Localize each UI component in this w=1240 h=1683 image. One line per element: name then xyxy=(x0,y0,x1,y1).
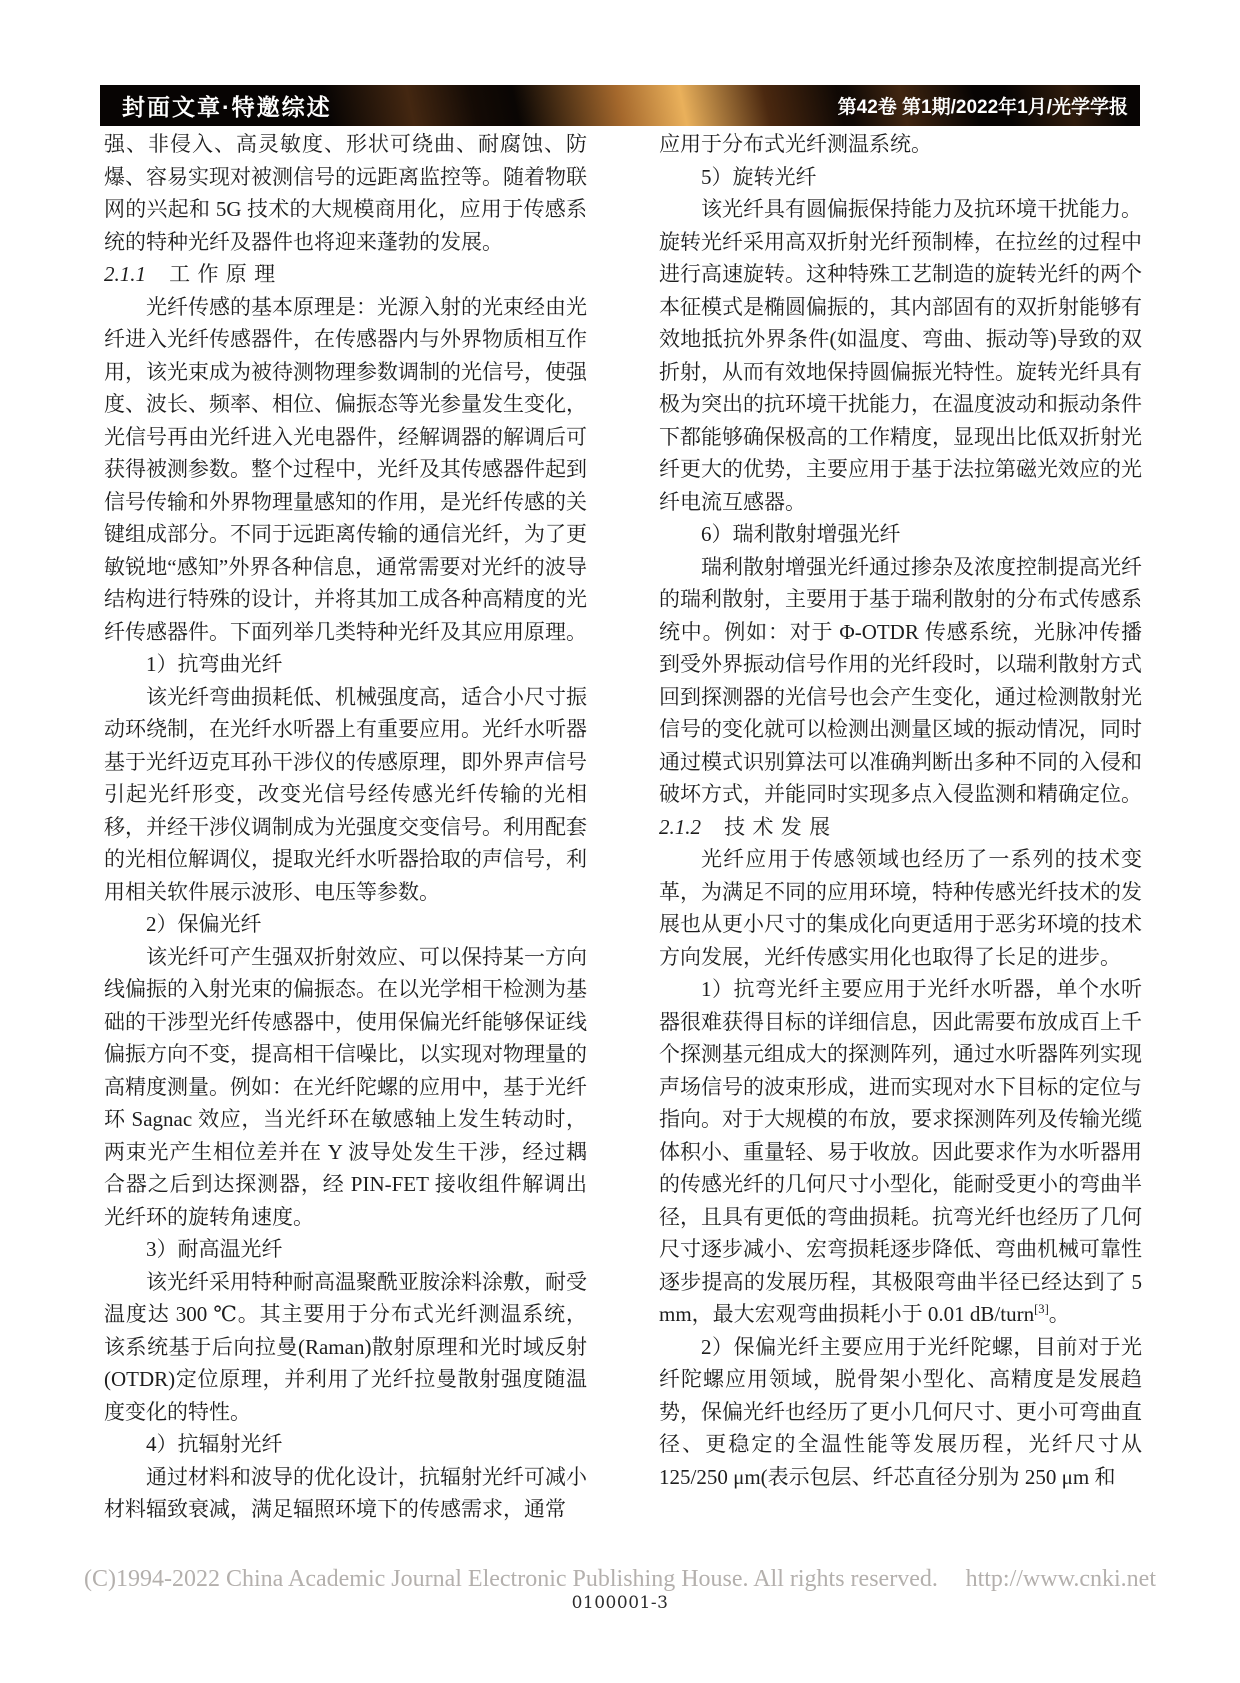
paragraph: 2）保偏光纤 xyxy=(104,908,587,941)
subsection-title: 工作原理 xyxy=(169,262,282,286)
subsection-title: 技术发展 xyxy=(724,815,837,839)
paragraph: 瑞利散射增强光纤通过掺杂及浓度控制提高光纤的瑞利散射，主要用于基于瑞利散射的分布… xyxy=(659,551,1142,811)
header-section-title: 封面文章·特邀综述 xyxy=(122,89,332,122)
paragraph: 2）保偏光纤主要应用于光纤陀螺，目前对于光纤陀螺应用领域，脱骨架小型化、高精度是… xyxy=(659,1331,1142,1494)
paragraph: 3）耐高温光纤 xyxy=(104,1233,587,1266)
paragraph: 光纤传感的基本原理是：光源入射的光束经由光纤进入光纤传感器件，在传感器内与外界物… xyxy=(104,291,587,649)
subsection-heading: 2.1.1工作原理 xyxy=(104,258,587,291)
copyright-line: (C)1994-2022 China Academic Journal Elec… xyxy=(84,1566,1156,1593)
header-journal-issue: 第42卷 第1期/2022年1月/光学学报 xyxy=(838,92,1128,119)
page-header-banner: 封面文章·特邀综述 第42卷 第1期/2022年1月/光学学报 xyxy=(100,85,1140,126)
citation-superscript: [3] xyxy=(1034,1302,1049,1316)
paragraph: 该光纤采用特种耐高温聚酰亚胺涂料涂敷，耐受温度达 300 ℃。其主要用于分布式光… xyxy=(104,1266,587,1429)
paragraph: 光纤应用于传感领域也经历了一系列的技术变革，为满足不同的应用环境，特种传感光纤技… xyxy=(659,843,1142,973)
subsection-heading: 2.1.2技术发展 xyxy=(659,811,1142,844)
paragraph: 强、非侵入、高灵敏度、形状可绕曲、耐腐蚀、防爆、容易实现对被测信号的远距离监控等… xyxy=(104,128,587,258)
subsection-number: 2.1.2 xyxy=(659,815,701,839)
paragraph: 该光纤弯曲损耗低、机械强度高，适合小尺寸振动环绕制，在光纤水听器上有重要应用。光… xyxy=(104,681,587,909)
paragraph: 4）抗辐射光纤 xyxy=(104,1428,587,1461)
paragraph: 1）抗弯光纤主要应用于光纤水听器，单个水听器很难获得目标的详细信息，因此需要布放… xyxy=(659,973,1142,1331)
cnki-url: http://www.cnki.net xyxy=(966,1566,1156,1593)
copyright-text: (C)1994-2022 China Academic Journal Elec… xyxy=(84,1566,938,1593)
right-column: 应用于分布式光纤测温系统。5）旋转光纤该光纤具有圆偏振保持能力及抗环境干扰能力。… xyxy=(659,128,1142,1526)
paragraph: 5）旋转光纤 xyxy=(659,161,1142,194)
paragraph: 该光纤可产生强双折射效应、可以保持某一方向线偏振的入射光束的偏振态。在以光学相干… xyxy=(104,941,587,1234)
paragraph: 1）抗弯曲光纤 xyxy=(104,648,587,681)
paragraph: 6）瑞利散射增强光纤 xyxy=(659,518,1142,551)
paragraph: 应用于分布式光纤测温系统。 xyxy=(659,128,1142,161)
left-column: 强、非侵入、高灵敏度、形状可绕曲、耐腐蚀、防爆、容易实现对被测信号的远距离监控等… xyxy=(104,128,587,1526)
article-body: 强、非侵入、高灵敏度、形状可绕曲、耐腐蚀、防爆、容易实现对被测信号的远距离监控等… xyxy=(104,128,1142,1526)
subsection-number: 2.1.1 xyxy=(104,262,146,286)
page-number: 0100001-3 xyxy=(100,1593,1140,1613)
paragraph: 该光纤具有圆偏振保持能力及抗环境干扰能力。旋转光纤采用高双折射光纤预制棒，在拉丝… xyxy=(659,193,1142,518)
paragraph: 通过材料和波导的优化设计，抗辐射光纤可减小材料辐致衰减，满足辐照环境下的传感需求… xyxy=(104,1461,587,1526)
